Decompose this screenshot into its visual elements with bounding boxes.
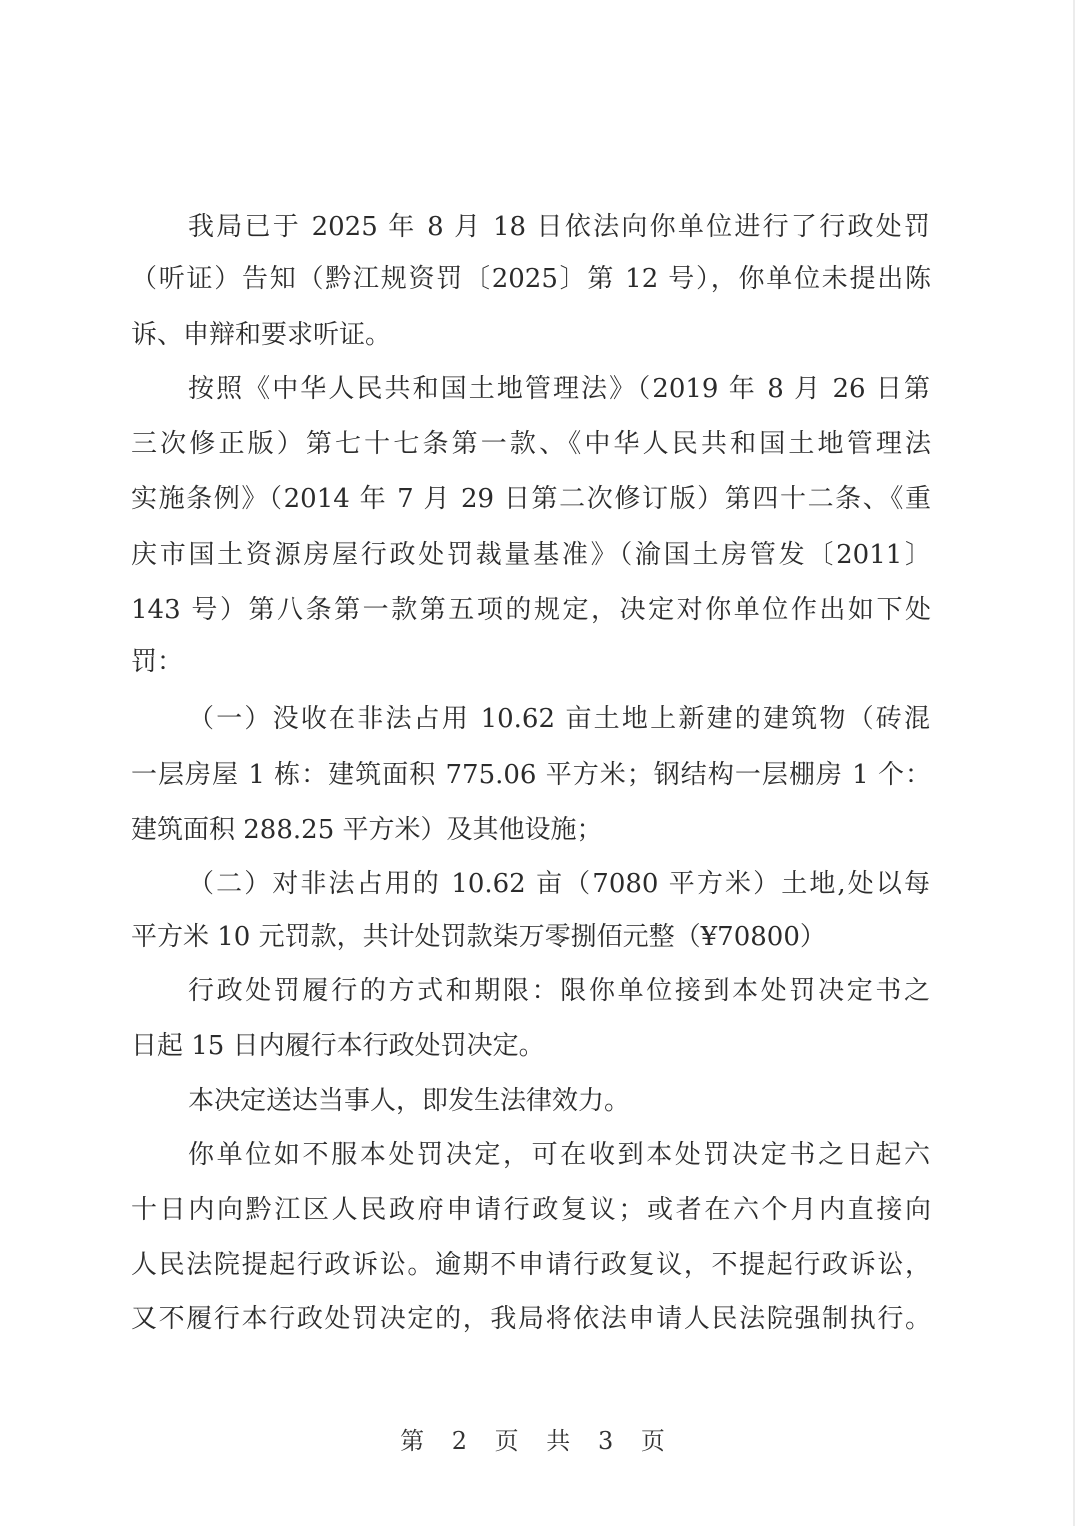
text-line: 三次修正版）第七十七条第一款、《中华人民共和国土地管理法 xyxy=(131,424,931,464)
text-line: （听证）告知（黔江规资罚〔2025〕第 12 号），你单位未提出陈 xyxy=(131,259,931,299)
text-line: 十日内向黔江区人民政府申请行政复议；或者在六个月内直接向 xyxy=(131,1190,931,1230)
text-line: 按照《中华人民共和国土地管理法》（2019 年 8 月 26 日第 xyxy=(188,369,930,409)
text-line: 人民法院提起行政诉讼。逾期不申请行政复议，不提起行政诉讼， xyxy=(131,1245,931,1285)
text-line: 日起 15 日内履行本行政处罚决定。 xyxy=(131,1026,931,1066)
text-line: 一层房屋 1 栋：建筑面积 775.06 平方米；钢结构一层棚房 1 个： xyxy=(131,755,931,795)
document-page: 我局已于 2025 年 8 月 18 日依法向你单位进行了行政处罚 （听证）告知… xyxy=(0,0,1075,1526)
text-line: （一）没收在非法占用 10.62 亩土地上新建的建筑物（砖混 xyxy=(188,699,930,739)
text-line: 庆市国土资源房屋行政处罚裁量基准》（渝国土房管发〔2011〕 xyxy=(131,535,931,575)
text-line: 143 号）第八条第一款第五项的规定，决定对你单位作出如下处 xyxy=(131,590,931,630)
text-line: （二）对非法占用的 10.62 亩（7080 平方米）土地,处以每 xyxy=(188,864,930,904)
text-line: 建筑面积 288.25 平方米）及其他设施； xyxy=(131,810,931,850)
text-line: 平方米 10 元罚款，共计处罚款柒万零捌佰元整（¥70800） xyxy=(131,917,931,957)
text-line: 诉、申辩和要求听证。 xyxy=(131,315,931,355)
text-line: 我局已于 2025 年 8 月 18 日依法向你单位进行了行政处罚 xyxy=(188,207,930,247)
text-line: 你单位如不服本处罚决定，可在收到本处罚决定书之日起六 xyxy=(188,1135,930,1175)
text-line: 本决定送达当事人，即发生法律效力。 xyxy=(188,1081,930,1121)
text-line: 实施条例》（2014 年 7 月 29 日第二次修订版）第四十二条、《重 xyxy=(131,479,931,519)
page-number-footer: 第 2 页 共 3 页 xyxy=(0,1424,1075,1458)
text-line: 又不履行本行政处罚决定的，我局将依法申请人民法院强制执行。 xyxy=(131,1299,931,1339)
text-line: 行政处罚履行的方式和期限：限你单位接到本处罚决定书之 xyxy=(188,971,930,1011)
text-line: 罚： xyxy=(131,642,931,682)
